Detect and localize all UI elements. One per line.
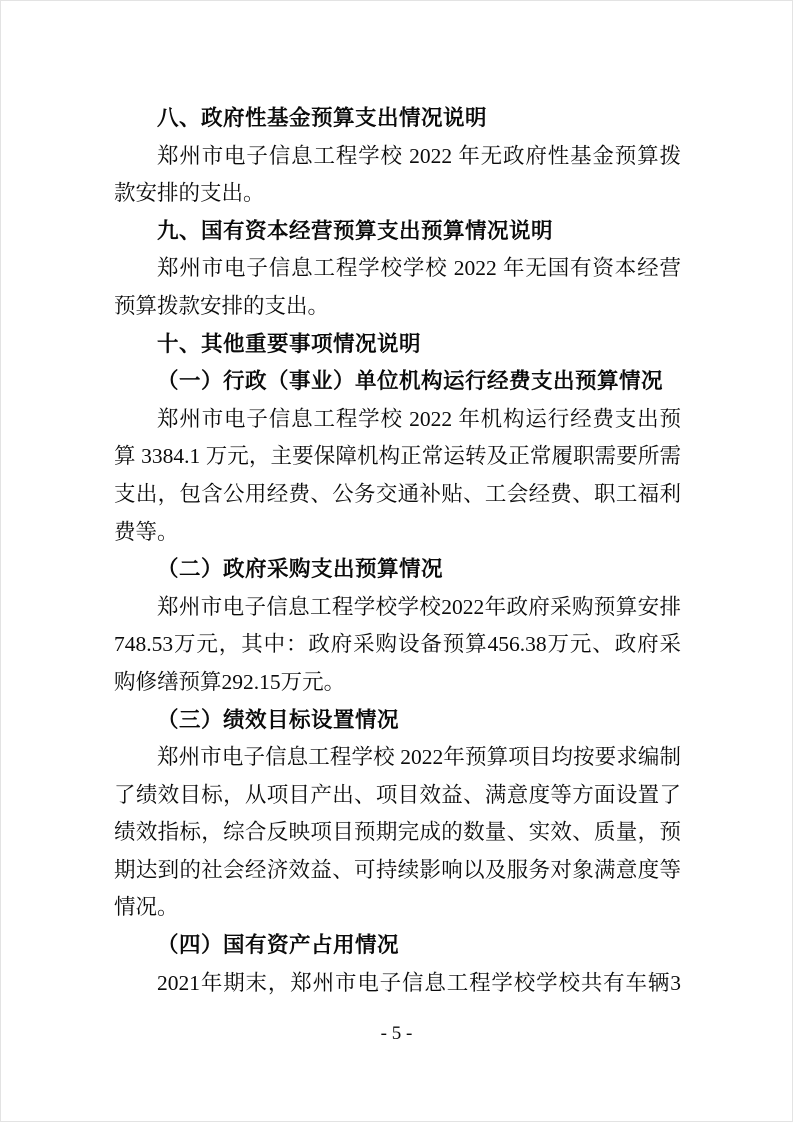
body-paragraph: 2021年期末，郑州市电子信息工程学校学校共有车辆3: [114, 965, 681, 1003]
section-heading-secondary: （一）行政（事业）单位机构运行经费支出预算情况: [114, 363, 681, 401]
section-heading-primary: 十、其他重要事项情况说明: [114, 326, 681, 364]
section-heading-secondary: （四）国有资产占用情况: [114, 927, 681, 965]
body-paragraph: 郑州市电子信息工程学校 2022年预算项目均按要求编制了绩效目标，从项目产出、项…: [114, 739, 681, 927]
document-page: 八、政府性基金预算支出情况说明郑州市电子信息工程学校 2022 年无政府性基金预…: [0, 0, 793, 1122]
page-number: - 5 -: [381, 1023, 413, 1044]
section-heading-secondary: （三）绩效目标设置情况: [114, 702, 681, 740]
section-heading-secondary: （二）政府采购支出预算情况: [114, 551, 681, 589]
body-paragraph: 郑州市电子信息工程学校 2022 年无政府性基金预算拨款安排的支出。: [114, 138, 681, 213]
body-paragraph: 郑州市电子信息工程学校 2022 年机构运行经费支出预算 3384.1 万元，主…: [114, 401, 681, 551]
section-heading-primary: 八、政府性基金预算支出情况说明: [114, 100, 681, 138]
document-content: 八、政府性基金预算支出情况说明郑州市电子信息工程学校 2022 年无政府性基金预…: [114, 100, 681, 1002]
body-paragraph: 郑州市电子信息工程学校学校2022年政府采购预算安排748.53万元，其中：政府…: [114, 589, 681, 702]
section-heading-primary: 九、国有资本经营预算支出预算情况说明: [114, 213, 681, 251]
body-paragraph: 郑州市电子信息工程学校学校 2022 年无国有资本经营预算拨款安排的支出。: [114, 250, 681, 325]
page-footer: - 5 -: [1, 1022, 792, 1046]
